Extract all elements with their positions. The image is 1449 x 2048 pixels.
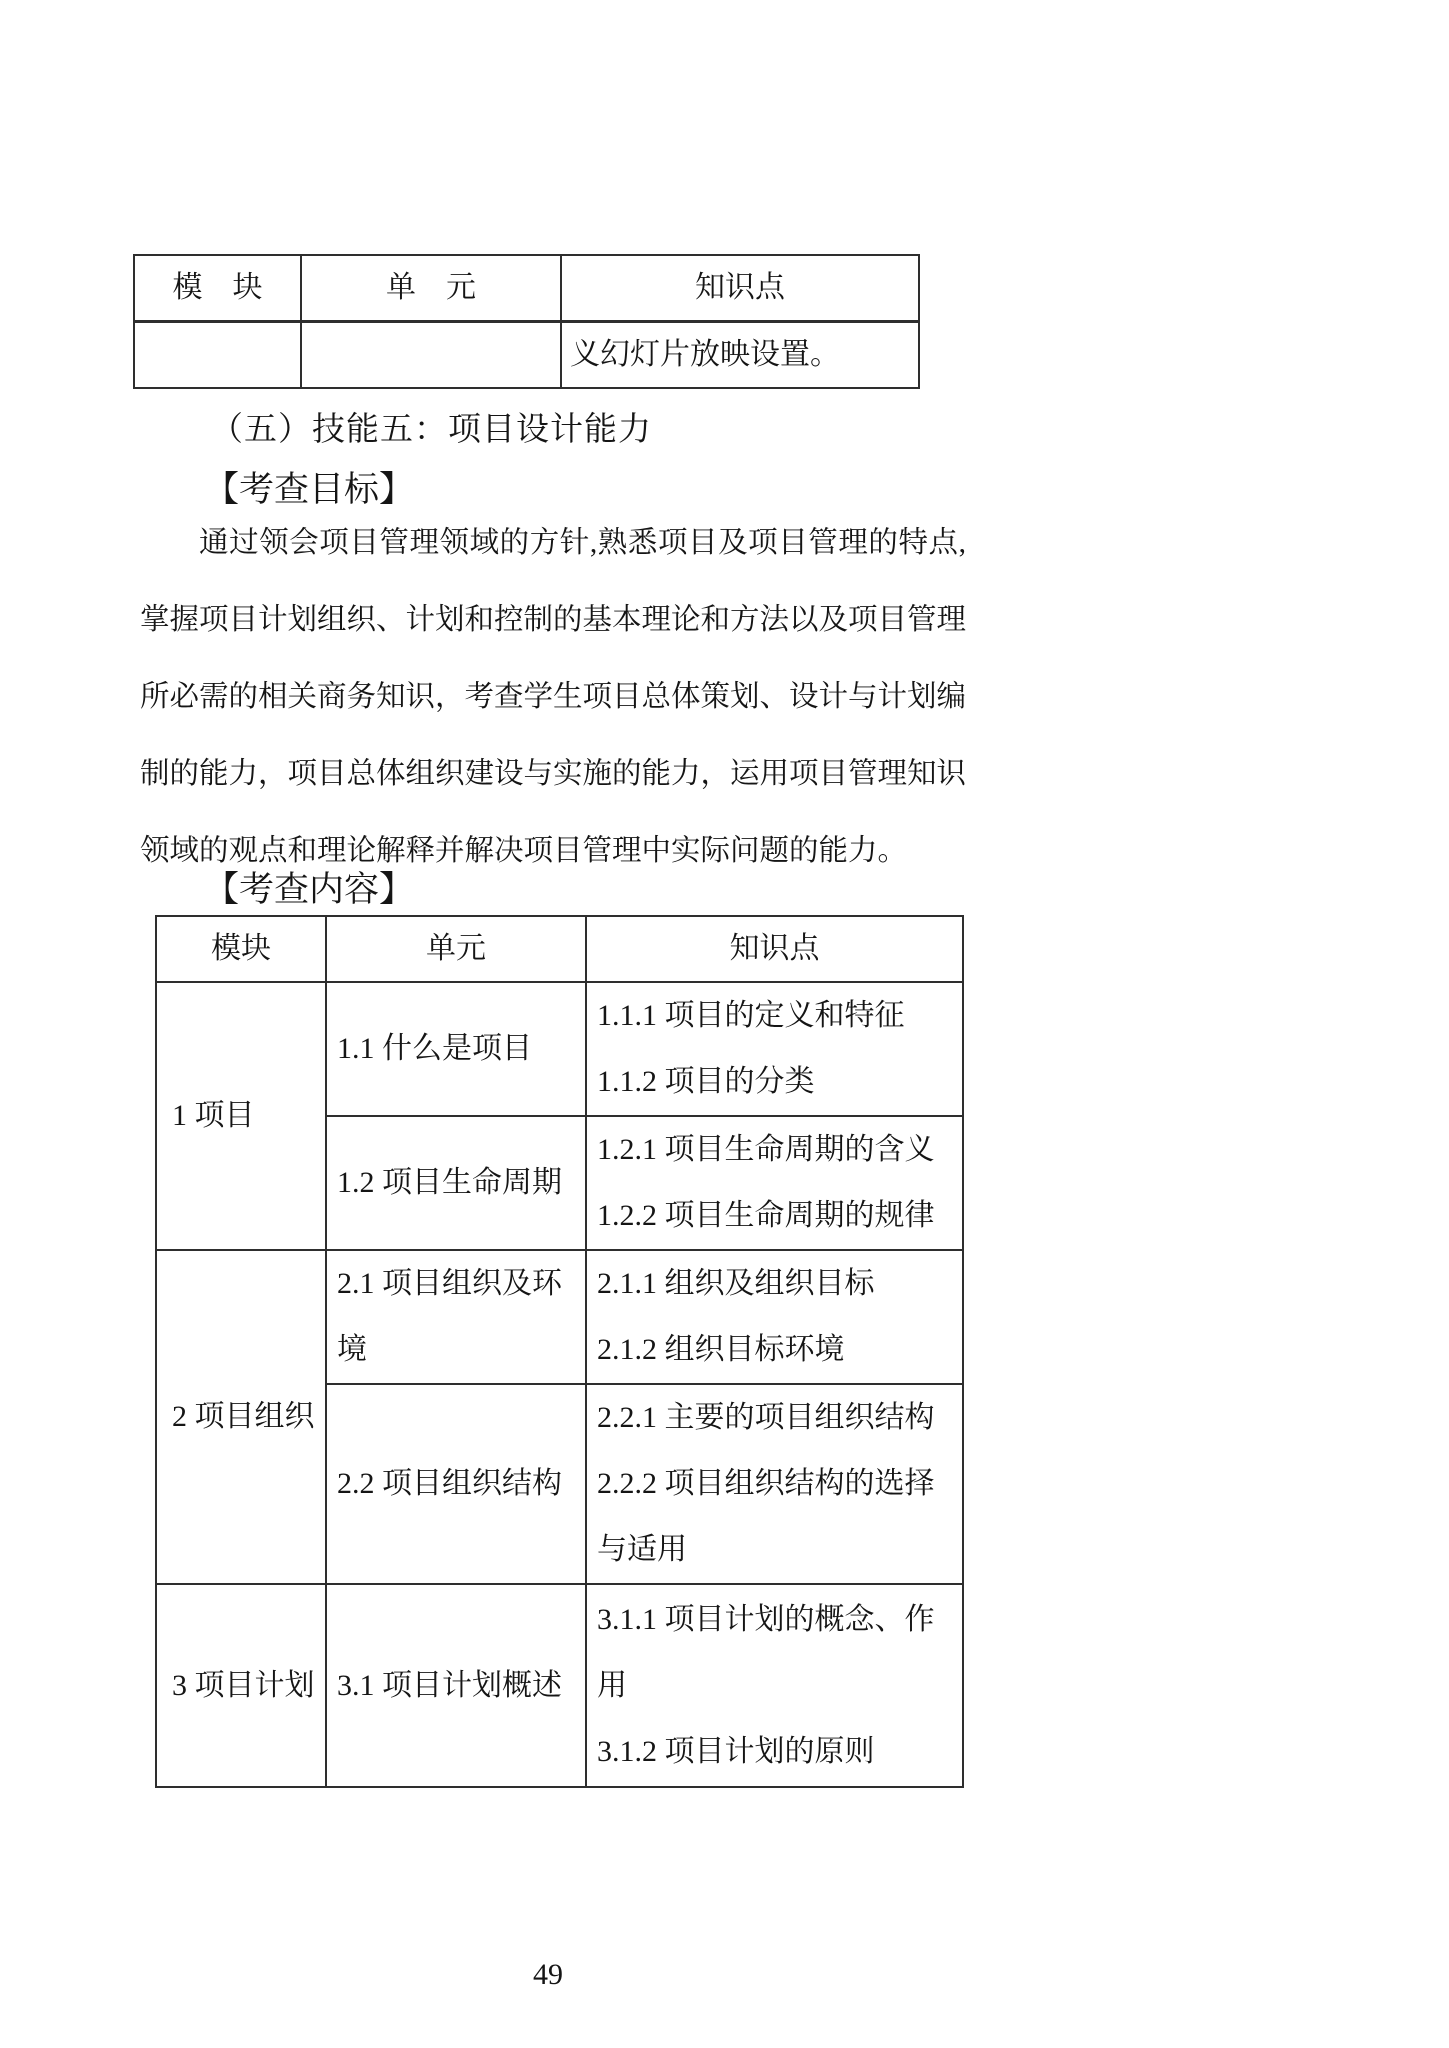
top-table-row: 义幻灯片放映设置。 — [134, 322, 919, 389]
table-row: 3 项目计划 3.1 项目计划概述 3.1.1 项目计划的概念、作用 3.1.2… — [156, 1584, 963, 1787]
knowledge-cell: 3.1.1 项目计划的概念、作用 3.1.2 项目计划的原则 — [586, 1584, 963, 1787]
unit-cell: 2.1 项目组织及环境 — [326, 1250, 586, 1384]
content-label: 【考查内容】 — [204, 866, 414, 914]
objective-line: 所必需的相关商务知识，考查学生项目总体策划、设计与计划编 — [140, 659, 966, 736]
top-table-header-module: 模 块 — [134, 255, 301, 322]
knowledge-point: 2.1.2 组织目标环境 — [597, 1317, 958, 1383]
document-page: 模 块 单 元 知识点 义幻灯片放映设置。 （五）技能五：项目设计能力 【考查目… — [0, 0, 1449, 2048]
module-cell: 2 项目组织 — [156, 1250, 326, 1584]
module-cell: 1 项目 — [156, 982, 326, 1250]
main-table-header-knowledge: 知识点 — [586, 916, 963, 982]
unit-cell: 3.1 项目计划概述 — [326, 1584, 586, 1787]
knowledge-cell: 1.2.1 项目生命周期的含义 1.2.2 项目生命周期的规律 — [586, 1116, 963, 1250]
unit-cell: 1.2 项目生命周期 — [326, 1116, 586, 1250]
knowledge-cell: 2.1.1 组织及组织目标 2.1.2 组织目标环境 — [586, 1250, 963, 1384]
table-row: 2 项目组织 2.1 项目组织及环境 2.1.1 组织及组织目标 2.1.2 组… — [156, 1250, 963, 1384]
main-table-header-unit: 单元 — [326, 916, 586, 982]
unit-cell: 1.1 什么是项目 — [326, 982, 586, 1116]
table-row: 1 项目 1.1 什么是项目 1.1.1 项目的定义和特征 1.1.2 项目的分… — [156, 982, 963, 1116]
knowledge-point: 2.2.2 项目组织结构的选择与适用 — [597, 1451, 958, 1583]
objective-paragraph: 通过领会项目管理领域的方针,熟悉项目及项目管理的特点, 掌握项目计划组织、计划和… — [140, 505, 966, 890]
top-table-header-row: 模 块 单 元 知识点 — [134, 255, 919, 322]
knowledge-point: 1.2.2 项目生命周期的规律 — [597, 1183, 958, 1249]
knowledge-point: 2.1.1 组织及组织目标 — [597, 1251, 958, 1317]
knowledge-cell: 1.1.1 项目的定义和特征 1.1.2 项目的分类 — [586, 982, 963, 1116]
objective-line: 掌握项目计划组织、计划和控制的基本理论和方法以及项目管理 — [140, 582, 966, 659]
knowledge-cell: 2.2.1 主要的项目组织结构 2.2.2 项目组织结构的选择与适用 — [586, 1384, 963, 1584]
module-cell: 3 项目计划 — [156, 1584, 326, 1787]
knowledge-point: 1.1.1 项目的定义和特征 — [597, 983, 958, 1049]
unit-cell: 2.2 项目组织结构 — [326, 1384, 586, 1584]
knowledge-point: 1.1.2 项目的分类 — [597, 1049, 958, 1115]
objective-line: 通过领会项目管理领域的方针,熟悉项目及项目管理的特点, — [140, 505, 966, 582]
main-table-header-row: 模块 单元 知识点 — [156, 916, 963, 982]
main-table: 模块 单元 知识点 1 项目 1.1 什么是项目 1.1.1 项目的定义和特征 … — [155, 915, 964, 1788]
knowledge-point: 2.2.1 主要的项目组织结构 — [597, 1385, 958, 1451]
top-table: 模 块 单 元 知识点 义幻灯片放映设置。 — [133, 254, 920, 389]
top-table-header-unit: 单 元 — [301, 255, 561, 322]
objective-line: 制的能力，项目总体组织建设与实施的能力，运用项目管理知识 — [140, 736, 966, 813]
knowledge-point: 3.1.1 项目计划的概念、作用 — [597, 1587, 958, 1719]
top-table-cell-knowledge: 义幻灯片放映设置。 — [561, 322, 919, 389]
knowledge-point: 1.2.1 项目生命周期的含义 — [597, 1117, 958, 1183]
knowledge-point: 3.1.2 项目计划的原则 — [597, 1719, 958, 1785]
main-table-header-module: 模块 — [156, 916, 326, 982]
page-number: 49 — [133, 1958, 963, 1992]
top-table-cell-module — [134, 322, 301, 389]
top-table-cell-unit — [301, 322, 561, 389]
section-heading: （五）技能五：项目设计能力 — [210, 406, 652, 454]
top-table-header-knowledge: 知识点 — [561, 255, 919, 322]
